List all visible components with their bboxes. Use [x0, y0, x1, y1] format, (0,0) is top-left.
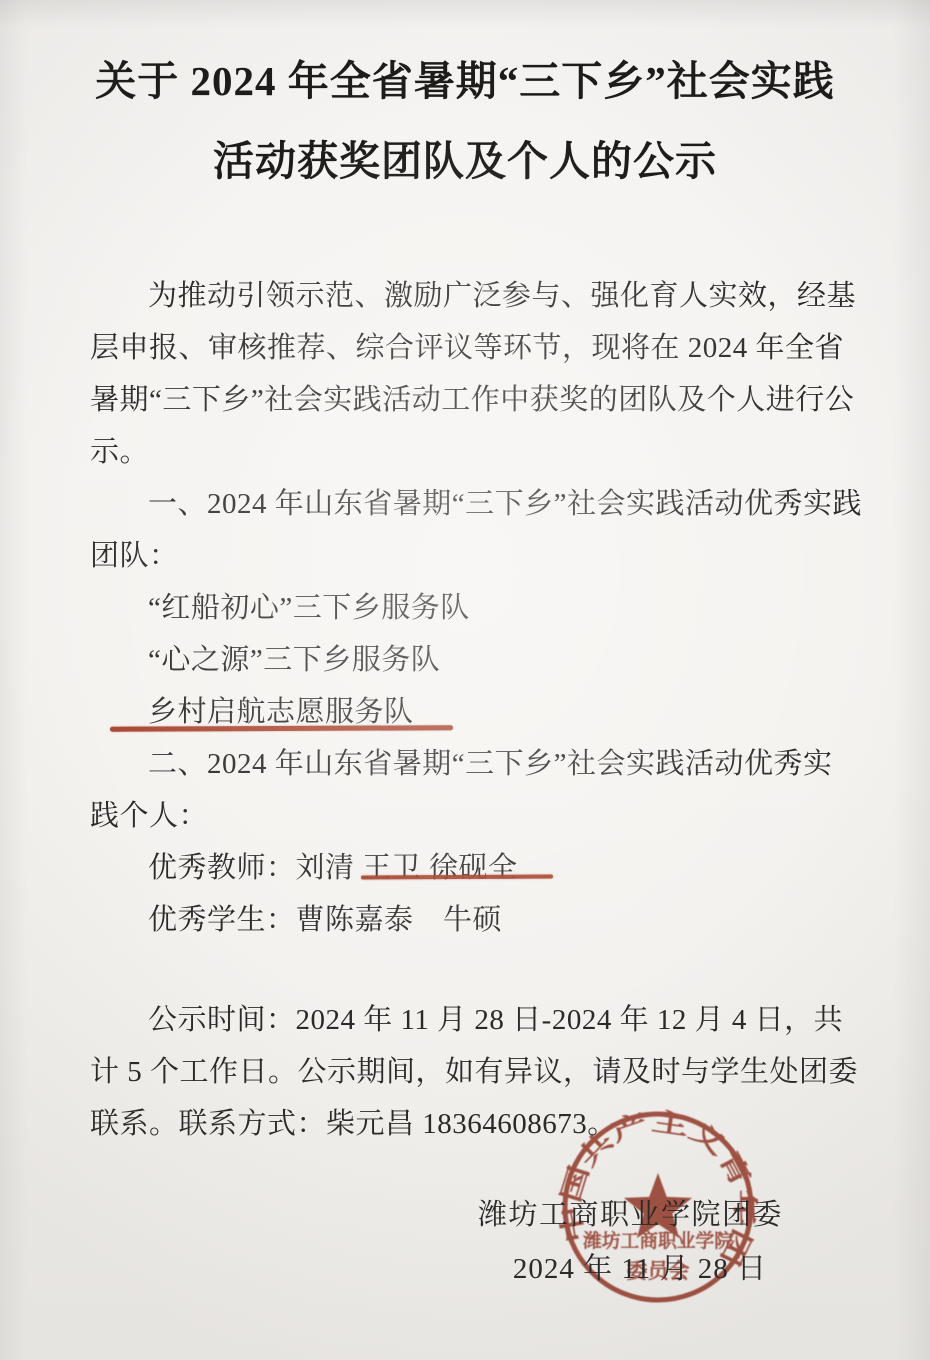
document-page: 关于 2024 年全省暑期“三下乡”社会实践 活动获奖团队及个人的公示 为推动引…	[0, 0, 930, 1360]
document-title-line-1: 关于 2024 年全省暑期“三下乡”社会实践	[0, 52, 930, 110]
section1-heading-cont: 团队：	[90, 530, 846, 582]
blank-line	[90, 946, 846, 994]
intro-line: 示。	[90, 426, 846, 478]
section1-heading: 一、2024 年山东省暑期“三下乡”社会实践活动优秀实践	[90, 478, 846, 530]
team-name: “红船初心”三下乡服务队	[90, 582, 846, 634]
teacher-award-line: 优秀教师：刘清 王卫 徐砚全	[90, 842, 846, 894]
intro-line: 暑期“三下乡”社会实践活动工作中获奖的团队及个人进行公	[90, 374, 846, 426]
intro-line: 为推动引领示范、激励广泛参与、强化育人实效，经基	[90, 270, 846, 322]
notice-line: 公示时间：2024 年 11 月 28 日-2024 年 12 月 4 日，共	[90, 994, 846, 1046]
teacher-award-label: 优秀教师：刘清	[148, 852, 362, 884]
document-body: 为推动引领示范、激励广泛参与、强化育人实效，经基 层申报、审核推荐、综合评议等环…	[90, 270, 846, 1150]
document-title-line-2: 活动获奖团队及个人的公示	[0, 132, 930, 190]
signature-date: 2024 年 11 月 28 日	[513, 1246, 767, 1287]
section2-heading: 二、2024 年山东省暑期“三下乡”社会实践活动优秀实	[90, 738, 846, 790]
intro-line: 层申报、审核推荐、综合评议等环节，现将在 2024 年全省	[90, 322, 846, 374]
team-name: “心之源”三下乡服务队	[90, 634, 846, 686]
signature-organization: 潍坊工商职业学院团委	[478, 1192, 783, 1233]
section2-heading-cont: 践个人：	[90, 790, 846, 842]
notice-line: 计 5 个工作日。公示期间，如有异议，请及时与学生处团委	[90, 1046, 846, 1098]
student-award-line: 优秀学生：曹陈嘉泰 牛硕	[90, 894, 846, 946]
